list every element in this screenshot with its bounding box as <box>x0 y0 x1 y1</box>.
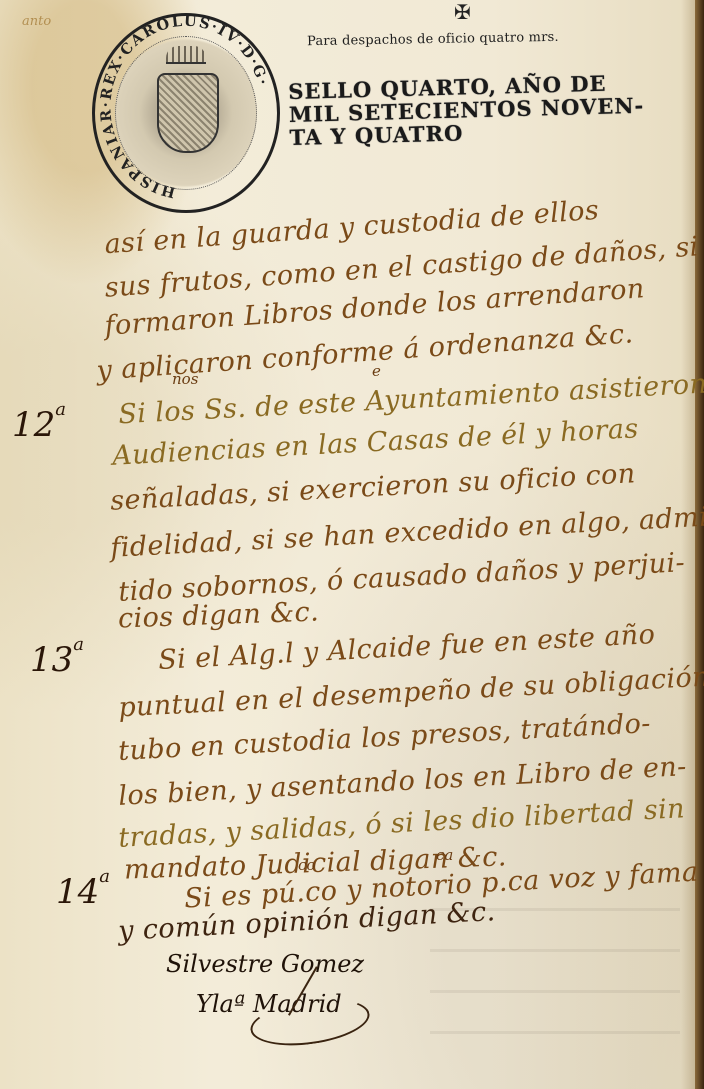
coat-of-arms-icon <box>157 73 219 153</box>
article-number-12: 12a <box>12 405 66 445</box>
crown-icon <box>166 46 206 64</box>
corner-note: anto <box>22 14 51 29</box>
article-number-14: 14a <box>56 872 110 912</box>
handwritten-line: cios digan &c. <box>118 597 320 635</box>
superscript-abbrev: e <box>372 362 381 380</box>
royal-seal-stamp: HISPANIAR·REX·CAROLUS·IV·D·G· <box>92 13 280 213</box>
cross-icon: ✠ <box>454 0 471 24</box>
stamp-fee-line: Para despachos de oficio quatro mrs. <box>307 30 559 49</box>
article-number-13: 13a <box>30 640 84 680</box>
stamp-header: SELLO QUARTO, AÑO DE MIL SETECIENTOS NOV… <box>288 71 645 149</box>
superscript-abbrev: co <box>298 856 315 874</box>
superscript-abbrev: ca <box>436 846 453 864</box>
manuscript-page: anto HISPANIAR·REX·CAROLUS·IV·D·G· ✠ Par… <box>0 0 704 1089</box>
page-binding-edge <box>695 0 704 1089</box>
page-edge-shadow <box>681 0 695 1089</box>
superscript-abbrev: nos <box>172 370 198 388</box>
signature-name: Silvestre Gomez <box>166 950 364 978</box>
